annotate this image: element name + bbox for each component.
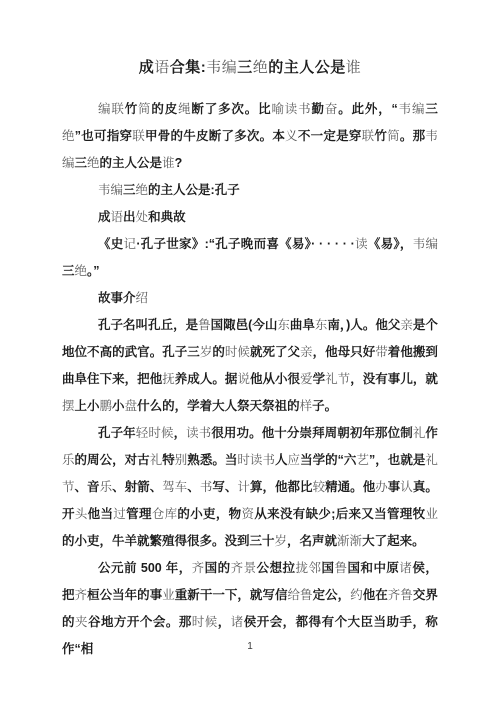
- document-title: 成语合集:韦编三绝的主人公是谁: [0, 0, 500, 79]
- paragraph-answer: 韦编三绝的主人公是:孔子: [62, 177, 438, 204]
- paragraph-story-youth: 孔子年轻时候，读书很用功。他十分崇拜周朝初年那位制礼作乐的周公，对古礼特别熟悉。…: [62, 420, 438, 555]
- section-heading-origin: 成语出处和典故: [62, 204, 438, 231]
- page-number: 1: [0, 640, 500, 654]
- document-page: 成语合集:韦编三绝的主人公是谁 编联竹简的皮绳断了多次。比喻读书勤奋。此外，“韦…: [0, 0, 500, 707]
- paragraph-source-quote: 《史记·孔子世家》:“孔子晚而喜《易》· · · · · ·读《易》，韦编三绝。…: [62, 231, 438, 285]
- document-body: 编联竹简的皮绳断了多次。比喻读书勤奋。此外，“韦编三绝”也可指穿联甲骨的牛皮断了…: [62, 96, 438, 663]
- paragraph-story-childhood: 孔子名叫孔丘，是鲁国陬邑(今山东曲阜东南，)人。他父亲是个地位不高的武官。孔子三…: [62, 312, 438, 420]
- section-heading-story: 故事介绍: [62, 285, 438, 312]
- paragraph-definition: 编联竹简的皮绳断了多次。比喻读书勤奋。此外，“韦编三绝”也可指穿联甲骨的牛皮断了…: [62, 96, 438, 177]
